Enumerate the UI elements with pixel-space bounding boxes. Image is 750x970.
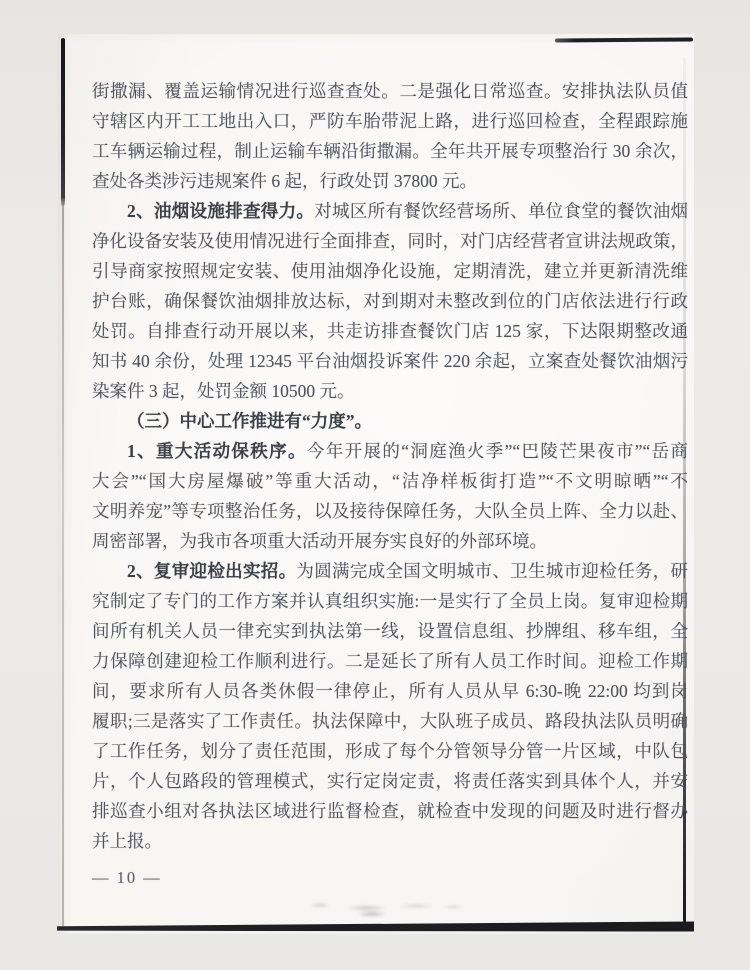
text-run: 街撒漏、覆盖运输情况进行巡查查处。二是强化日常巡查。安排执法队员值 bbox=[92, 81, 688, 101]
text-run: 片，个人包路段的管理模式，实行定岗定责，将责任落实到具体个人，并安 bbox=[92, 771, 688, 791]
text-run: 周密部署，为我市各项重大活动开展夯实良好的外部环境。 bbox=[92, 531, 547, 551]
bold-run: 1、重大活动保秩序。 bbox=[127, 441, 307, 461]
text-line: 大会”“国大房屋爆破”等重大活动，“洁净样板街打造”“不文明晾晒”“不 bbox=[92, 466, 688, 496]
text-line: 引导商家按照规定安装、使用油烟净化设施，定期清洗，建立并更新清洗维 bbox=[92, 256, 688, 286]
text-line: 2、复审迎检出实招。为圆满完成全国文明城市、卫生城市迎检任务，研 bbox=[92, 556, 688, 586]
page-number: — 10 — bbox=[92, 868, 162, 888]
text-line: 2、油烟设施排查得力。对城区所有餐饮经营场所、单位食堂的餐饮油烟 bbox=[92, 196, 688, 226]
text-run: 净化设备安装及使用情况进行全面排查，同时，对门店经营者宣讲法规政策， bbox=[92, 231, 688, 251]
text-line: （三）中心工作推进有“力度”。 bbox=[92, 406, 688, 436]
text-line: 排巡查小组对各执法区域进行监督检查，就检查中发现的问题及时进行督办 bbox=[92, 796, 688, 826]
scan-edge-left-faint-line bbox=[62, 198, 64, 926]
text-run: 为圆满完成全国文明城市、卫生城市迎检任务，研 bbox=[296, 561, 688, 581]
text-line: 净化设备安装及使用情况进行全面排查，同时，对门店经营者宣讲法规政策， bbox=[92, 226, 688, 256]
text-run: 大会”“国大房屋爆破”等重大活动，“洁净样板街打造”“不文明晾晒”“不 bbox=[92, 471, 688, 491]
text-run: 对城区所有餐饮经营场所、单位食堂的餐饮油烟 bbox=[314, 201, 688, 221]
text-run: 间，要求所有人员各类休假一律停止，所有人员从早 6:30-晚 22:00 均到岗 bbox=[92, 681, 688, 701]
text-line: 处罚。自排查行动开展以来，共走访排查餐饮门店 125 家，下达限期整改通 bbox=[92, 316, 688, 346]
text-run: 了工作任务，划分了责任范围，形成了每个分管领导分管一片区域，中队包 bbox=[92, 741, 688, 761]
text-run: 知书 40 余份，处理 12345 平台油烟投诉案件 220 余起，立案查处餐饮… bbox=[92, 351, 688, 371]
text-line: 工车辆运输过程，制止运输车辆沿街撒漏。全年共开展专项整治行 30 余次， bbox=[92, 136, 688, 166]
text-run: 今年开展的“洞庭渔火季”“巴陵芒果夜市”“岳商 bbox=[307, 441, 688, 461]
text-run: 工车辆运输过程，制止运输车辆沿街撒漏。全年共开展专项整治行 30 余次， bbox=[92, 141, 688, 161]
text-run: 守辖区内开工工地出入口，严防车胎带泥上路，进行巡回检查，全程跟踪施 bbox=[92, 111, 688, 131]
text-run: 处罚。自排查行动开展以来，共走访排查餐饮门店 125 家，下达限期整改通 bbox=[92, 321, 688, 341]
text-line: 并上报。 bbox=[92, 826, 688, 856]
text-line: 间所有机关人员一律充实到执法第一线，设置信息组、抄牌组、移车组，全 bbox=[92, 616, 688, 646]
text-line: 知书 40 余份，处理 12345 平台油烟投诉案件 220 余起，立案查处餐饮… bbox=[92, 346, 688, 376]
text-run: 文明养宠”等专项整治任务，以及接待保障任务，大队全员上阵、全力以赴、 bbox=[92, 501, 688, 521]
text-run: 查处各类涉污违规案件 6 起，行政处罚 37800 元。 bbox=[92, 171, 477, 191]
text-run: 引导商家按照规定安装、使用油烟净化设施，定期清洗，建立并更新清洗维 bbox=[92, 261, 688, 281]
text-run: 护台账，确保餐饮油烟排放达标，对到期对未整改到位的门店依法进行行政 bbox=[92, 291, 688, 311]
text-line: 履职;三是落实了工作责任。执法保障中，大队班子成员、路段执法队员明确 bbox=[92, 706, 688, 736]
text-line: 片，个人包路段的管理模式，实行定岗定责，将责任落实到具体个人，并安 bbox=[92, 766, 688, 796]
text-run: 染案件 3 起，处罚金额 10500 元。 bbox=[92, 381, 355, 401]
text-line: 染案件 3 起，处罚金额 10500 元。 bbox=[92, 376, 688, 406]
text-line: 街撒漏、覆盖运输情况进行巡查查处。二是强化日常巡查。安排执法队员值 bbox=[92, 76, 688, 106]
text-line: 力保障创建迎检工作顺利进行。二是延长了所有人员工作时间。迎检工作期 bbox=[92, 646, 688, 676]
text-run: 履职;三是落实了工作责任。执法保障中，大队班子成员、路段执法队员明确 bbox=[92, 711, 688, 731]
text-run: 间所有机关人员一律充实到执法第一线，设置信息组、抄牌组、移车组，全 bbox=[92, 621, 688, 641]
bold-run: 2、复审迎检出实招。 bbox=[127, 561, 296, 581]
document-text-block: 街撒漏、覆盖运输情况进行巡查查处。二是强化日常巡查。安排执法队员值守辖区内开工工… bbox=[92, 76, 688, 856]
text-line: 守辖区内开工工地出入口，严防车胎带泥上路，进行巡回检查，全程跟踪施 bbox=[92, 106, 688, 136]
text-run: 并上报。 bbox=[92, 831, 162, 851]
bold-run: 2、油烟设施排查得力。 bbox=[127, 201, 314, 221]
text-line: 1、重大活动保秩序。今年开展的“洞庭渔火季”“巴陵芒果夜市”“岳商 bbox=[92, 436, 688, 466]
text-line: 文明养宠”等专项整治任务，以及接待保障任务，大队全员上阵、全力以赴、 bbox=[92, 496, 688, 526]
text-line: 周密部署，为我市各项重大活动开展夯实良好的外部环境。 bbox=[92, 526, 688, 556]
text-run: 力保障创建迎检工作顺利进行。二是延长了所有人员工作时间。迎检工作期 bbox=[92, 651, 688, 671]
text-line: 了工作任务，划分了责任范围，形成了每个分管领导分管一片区域，中队包 bbox=[92, 736, 688, 766]
scan-edge-left-dark-line bbox=[61, 38, 65, 206]
text-line: 查处各类涉污违规案件 6 起，行政处罚 37800 元。 bbox=[92, 166, 688, 196]
bleedthrough-smudge bbox=[283, 897, 468, 917]
text-line: 究制定了专门的工作方案并认真组织实施:一是实行了全员上岗。复审迎检期 bbox=[92, 586, 688, 616]
bold-run: （三）中心工作推进有“力度”。 bbox=[127, 411, 372, 431]
text-run: 排巡查小组对各执法区域进行监督检查，就检查中发现的问题及时进行督办 bbox=[92, 801, 688, 821]
text-line: 护台账，确保餐饮油烟排放达标，对到期对未整改到位的门店依法进行行政 bbox=[92, 286, 688, 316]
text-run: 究制定了专门的工作方案并认真组织实施:一是实行了全员上岗。复审迎检期 bbox=[92, 591, 688, 611]
text-line: 间，要求所有人员各类休假一律停止，所有人员从早 6:30-晚 22:00 均到岗 bbox=[92, 676, 688, 706]
